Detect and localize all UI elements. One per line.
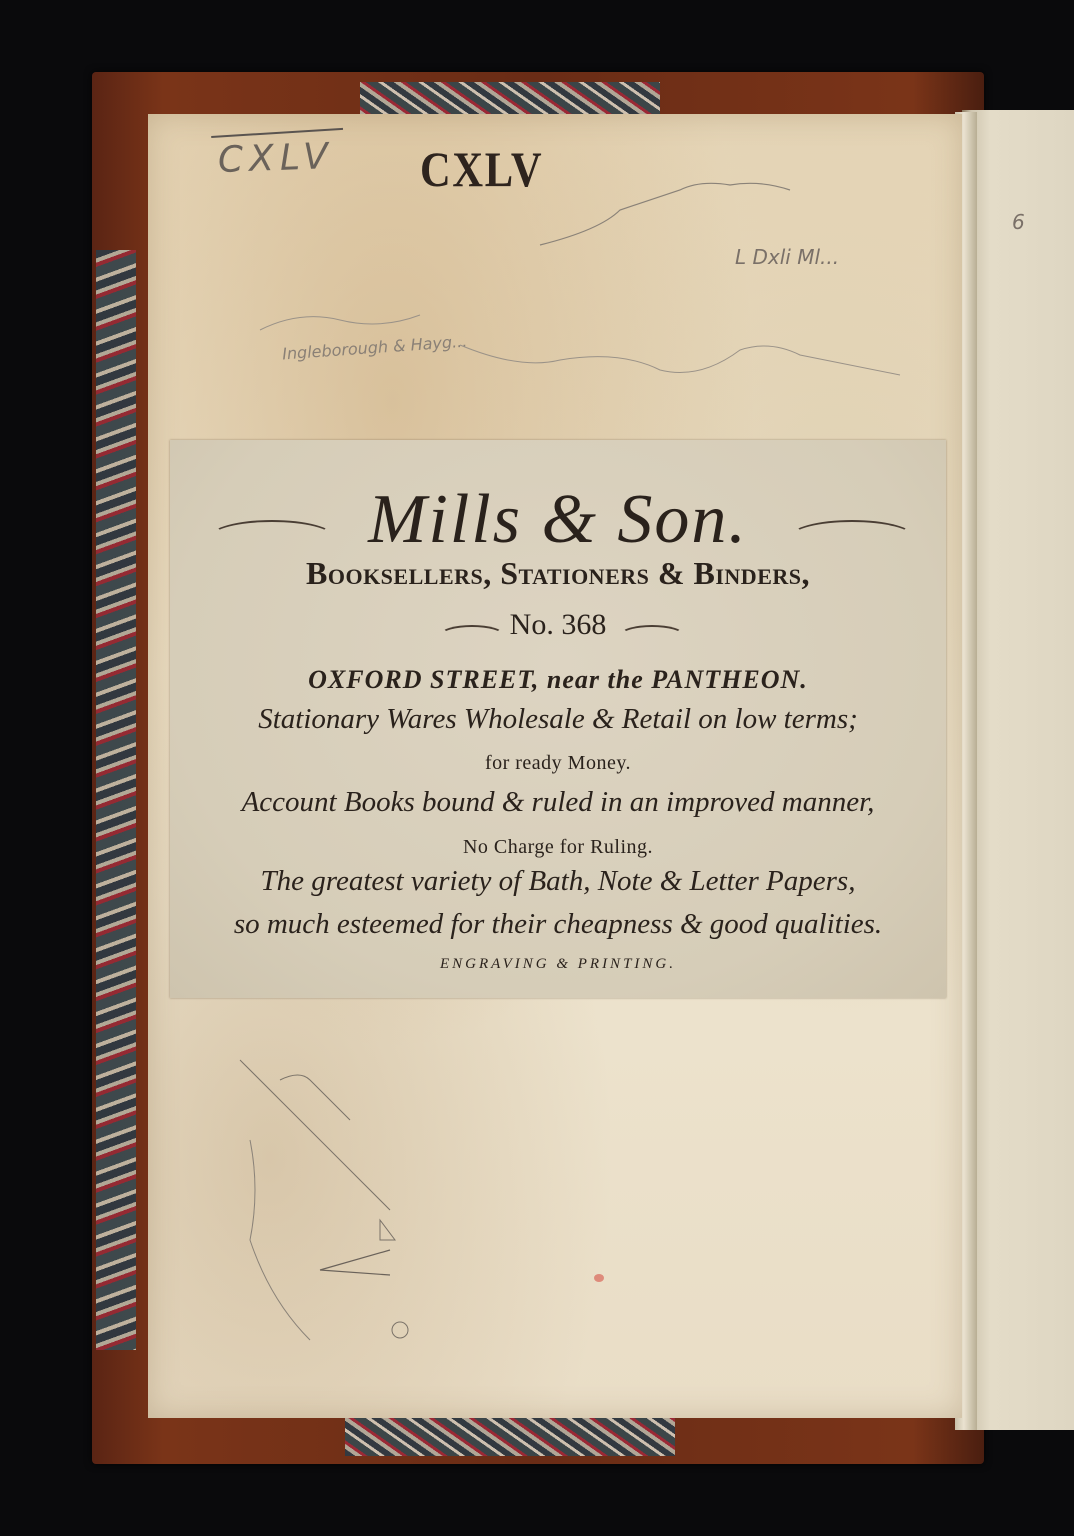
engraving-printing-line: ENGRAVING & PRINTING. <box>170 956 946 973</box>
street-number: No. 368 <box>170 608 946 642</box>
label-line-no-charge: No Charge for Ruling. <box>170 836 946 859</box>
booksellers-ticket: Mills & Son. Booksellers, Stationers & B… <box>170 440 946 998</box>
address-line: OXFORD STREET, near the PANTHEON. <box>170 665 946 695</box>
pencil-figure-sketch <box>230 1040 450 1360</box>
flourish-right <box>790 520 914 554</box>
flourish-number-right <box>620 625 684 645</box>
flourish-left <box>210 520 334 554</box>
label-line-wares: Stationary Wares Wholesale & Retail on l… <box>170 703 946 736</box>
label-line-ready-money: for ready Money. <box>170 752 946 775</box>
flourish-number-left <box>440 625 504 645</box>
trades-line: Booksellers, Stationers & Binders, <box>170 555 946 592</box>
label-line-account-books: Account Books bound & ruled in an improv… <box>170 786 946 819</box>
label-line-esteemed: so much esteemed for their cheapness & g… <box>170 908 946 941</box>
label-line-papers: The greatest variety of Bath, Note & Let… <box>170 865 946 898</box>
red-stain <box>594 1274 604 1282</box>
